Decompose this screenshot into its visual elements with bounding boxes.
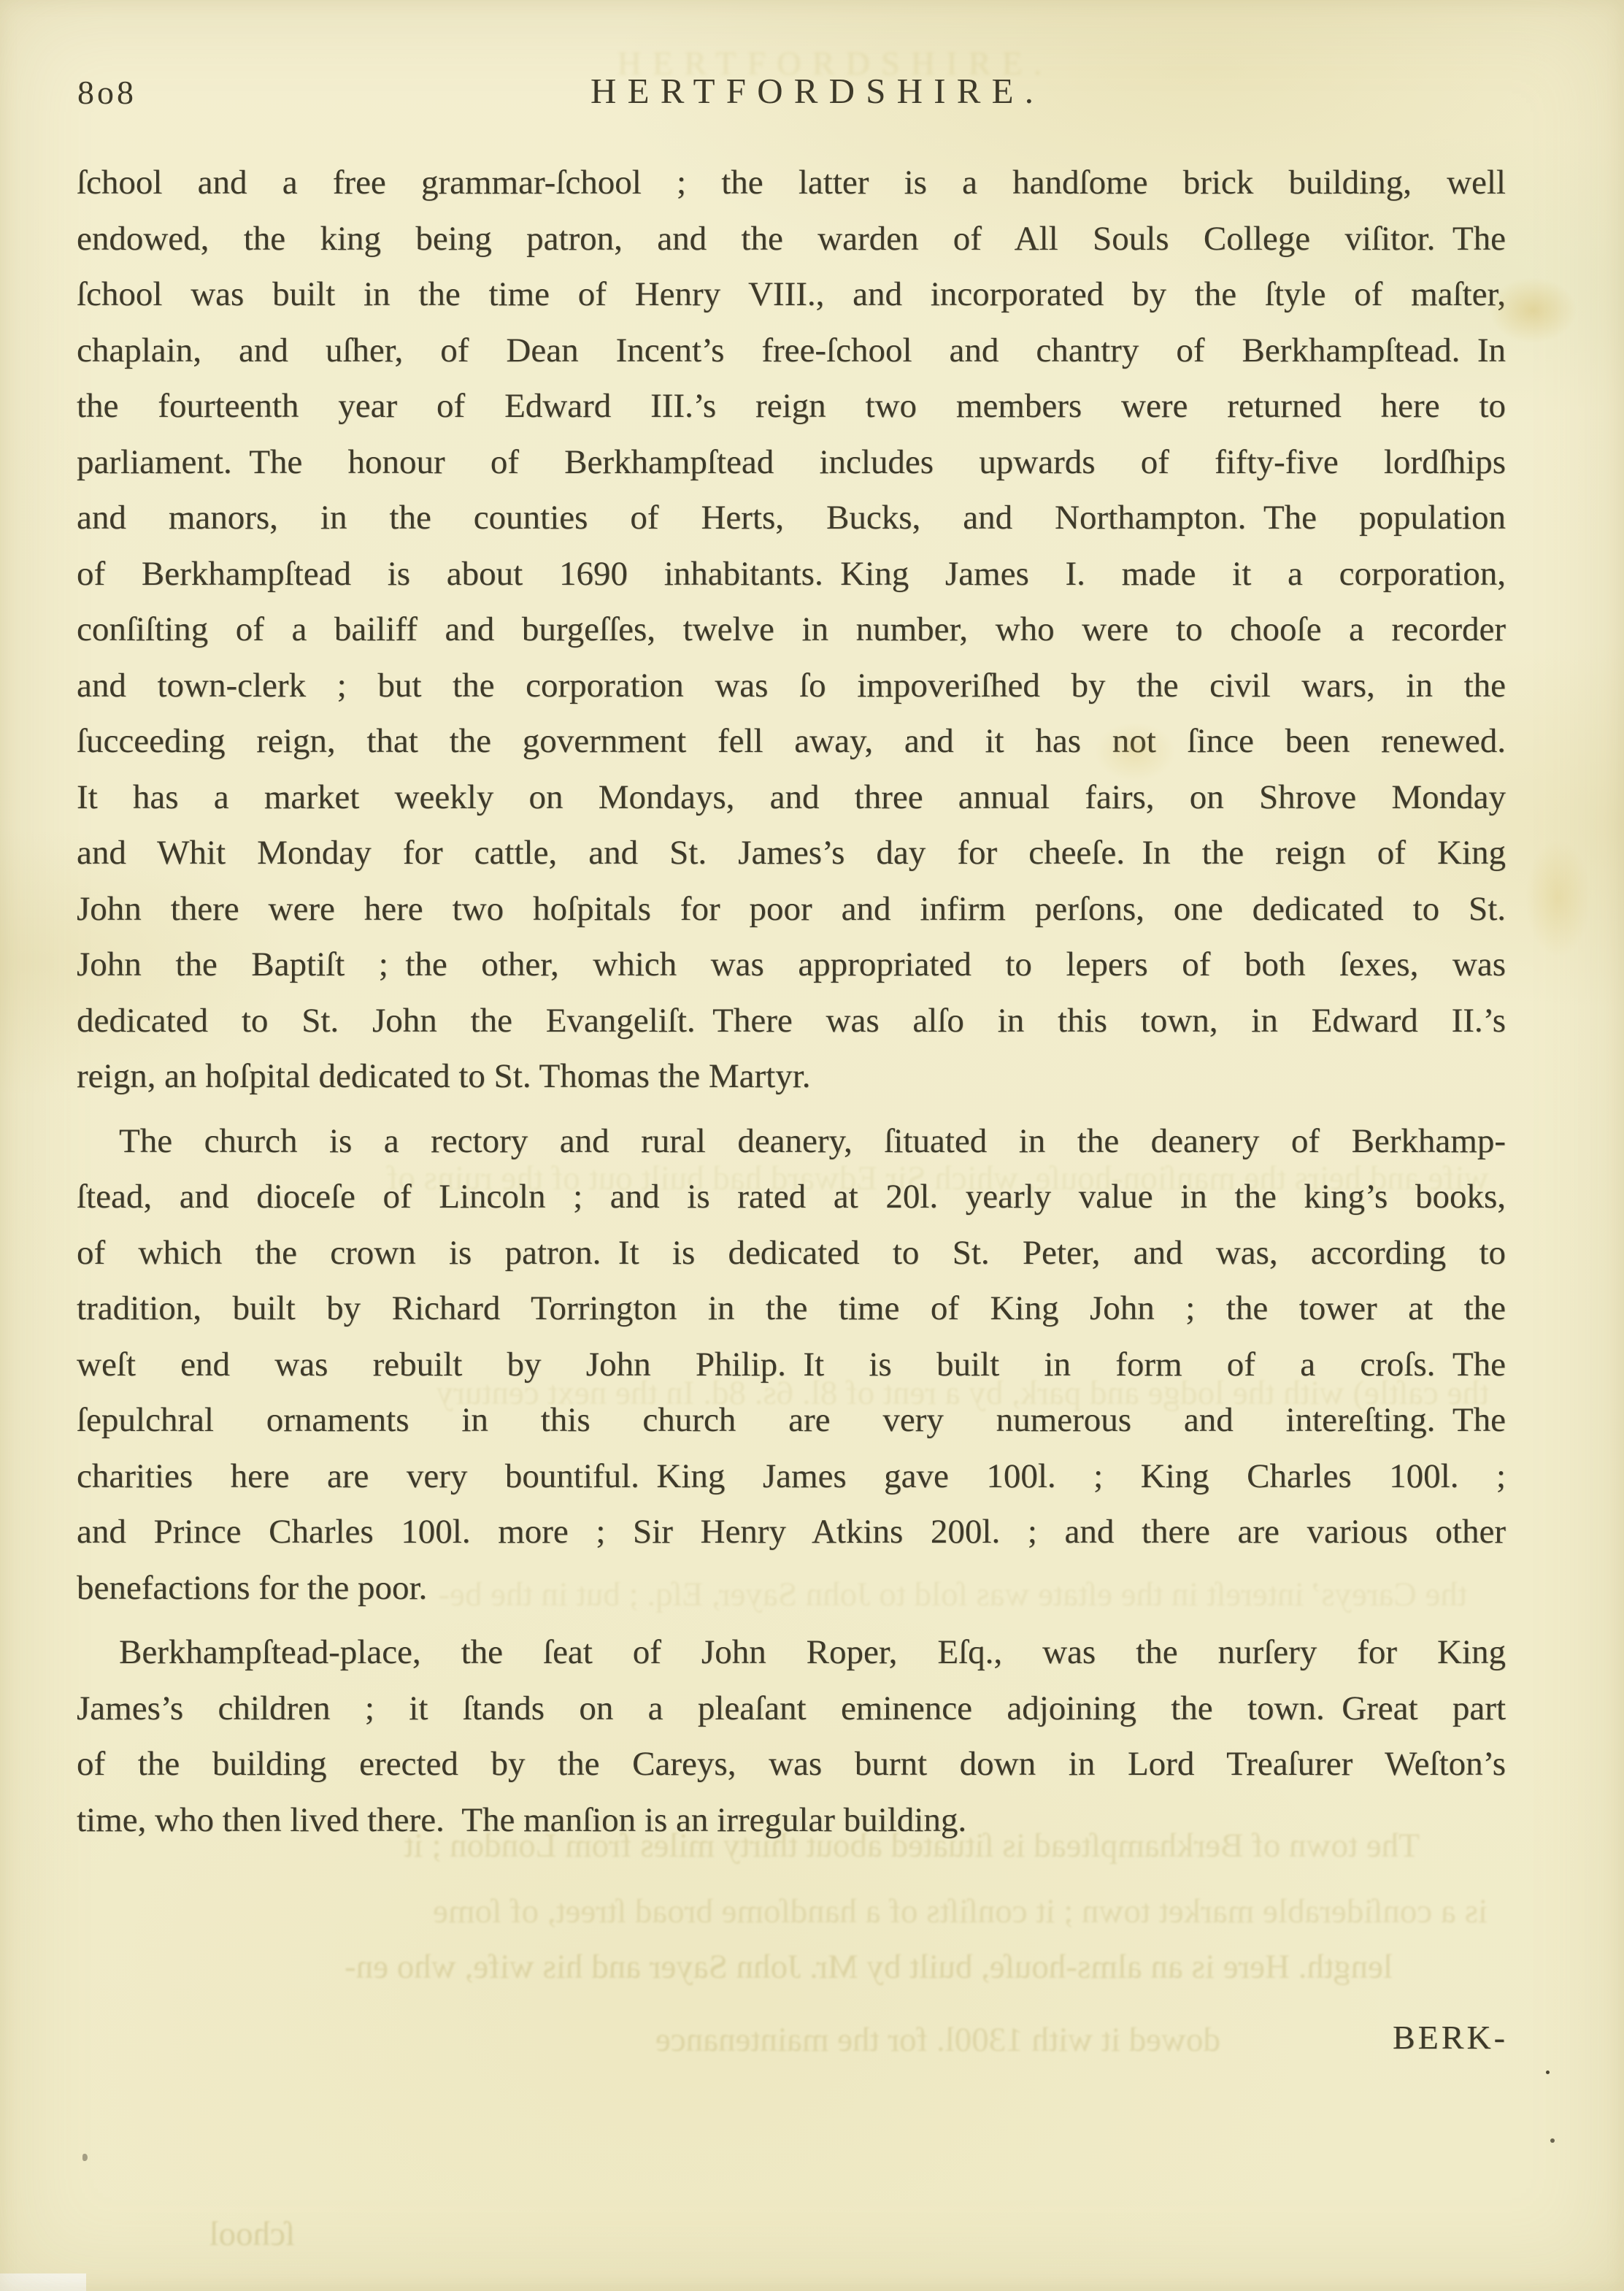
text-line: reign, an hoſpital dedicated to St. Thom…: [77, 1048, 1506, 1105]
text-line: of which the crown is patron. It is dedi…: [77, 1225, 1506, 1281]
text-line: ſtead, and dioceſe of Lincoln ; and is r…: [77, 1169, 1506, 1225]
bleedthrough-line: dowed it with 1300l. for the maintenance: [82, 2012, 1220, 2068]
text-line: and manors, in the counties of Herts, Bu…: [77, 490, 1506, 546]
text-line: conſiſting of a bailiff and burgeſſes, t…: [77, 602, 1506, 658]
text-line: tradition, built by Richard Torrington i…: [77, 1281, 1506, 1337]
paragraph-2: The church is a rectory and rural deaner…: [77, 1113, 1506, 1616]
paragraph-3: Berkhampſtead-place, the ſeat of John Ro…: [77, 1624, 1506, 1848]
text-line: Berkhampſtead-place, the ſeat of John Ro…: [77, 1624, 1506, 1681]
text-line: and Whit Monday for cattle, and St. Jame…: [77, 825, 1506, 881]
text-line: of the building erected by the Careys, w…: [77, 1736, 1506, 1792]
ink-speck: [1546, 2071, 1550, 2074]
text-line: time, who then lived there. The manſion …: [77, 1792, 1506, 1849]
text-line: and town-clerk ; but the corporation was…: [77, 658, 1506, 714]
paragraph-1: ſchool and a free grammar-ſchool ; the l…: [77, 155, 1506, 1105]
text-line: John the Baptiſt ; the other, which was …: [77, 937, 1506, 993]
catchword: BERK-: [1393, 2018, 1508, 2057]
text-line: the fourteenth year of Edward III.’s rei…: [77, 378, 1506, 434]
text-line: ſepulchral ornaments in this church are …: [77, 1392, 1506, 1448]
bleedthrough-line: length. Here is an alms-houſe, built by …: [79, 1939, 1393, 1995]
bleedthrough-line: ſchool: [76, 2206, 295, 2262]
text-line: ſchool and a free grammar-ſchool ; the l…: [77, 155, 1506, 211]
text-line: ſchool was built in the time of Henry VI…: [77, 266, 1506, 323]
text-line: benefactions for the poor.: [77, 1560, 1506, 1616]
text-line: The church is a rectory and rural deaner…: [77, 1113, 1506, 1170]
text-line: charities here are very bountiful. King …: [77, 1448, 1506, 1505]
text-line: endowed, the king being patron, and the …: [77, 211, 1506, 267]
text-line: It has a market weekly on Mondays, and t…: [77, 770, 1506, 826]
ink-speck: [1550, 2138, 1555, 2143]
text-line: parliament. The honour of Berkhampſtead …: [77, 434, 1506, 491]
text-block: ſchool and a free grammar-ſchool ; the l…: [77, 155, 1506, 1848]
book-page: wife and heirs the manſion-houſe, which …: [0, 0, 1624, 2291]
running-title: HERTFORDSHIRE.: [0, 70, 1624, 112]
text-line: James’s children ; it ſtands on a pleaſa…: [77, 1681, 1506, 1737]
text-line: of Berkhampſtead is about 1690 inhabitan…: [77, 546, 1506, 602]
text-line: John there were here two hoſpitals for p…: [77, 881, 1506, 937]
paper-stain: [1525, 840, 1591, 956]
text-line: and Prince Charles 100l. more ; Sir Henr…: [77, 1504, 1506, 1560]
text-line: dedicated to St. John the Evangeliſt. Th…: [77, 993, 1506, 1049]
page-edge: [0, 2273, 86, 2291]
text-line: chaplain, and uſher, of Dean Incent’s fr…: [77, 323, 1506, 379]
text-line: weſt end was rebuilt by John Philip. It …: [77, 1337, 1506, 1393]
text-line: ſucceeding reign, that the government fe…: [77, 713, 1506, 770]
bleedthrough-line: is a conſiderable market town ; it conſi…: [79, 1884, 1488, 1939]
ink-speck: [82, 2154, 88, 2161]
